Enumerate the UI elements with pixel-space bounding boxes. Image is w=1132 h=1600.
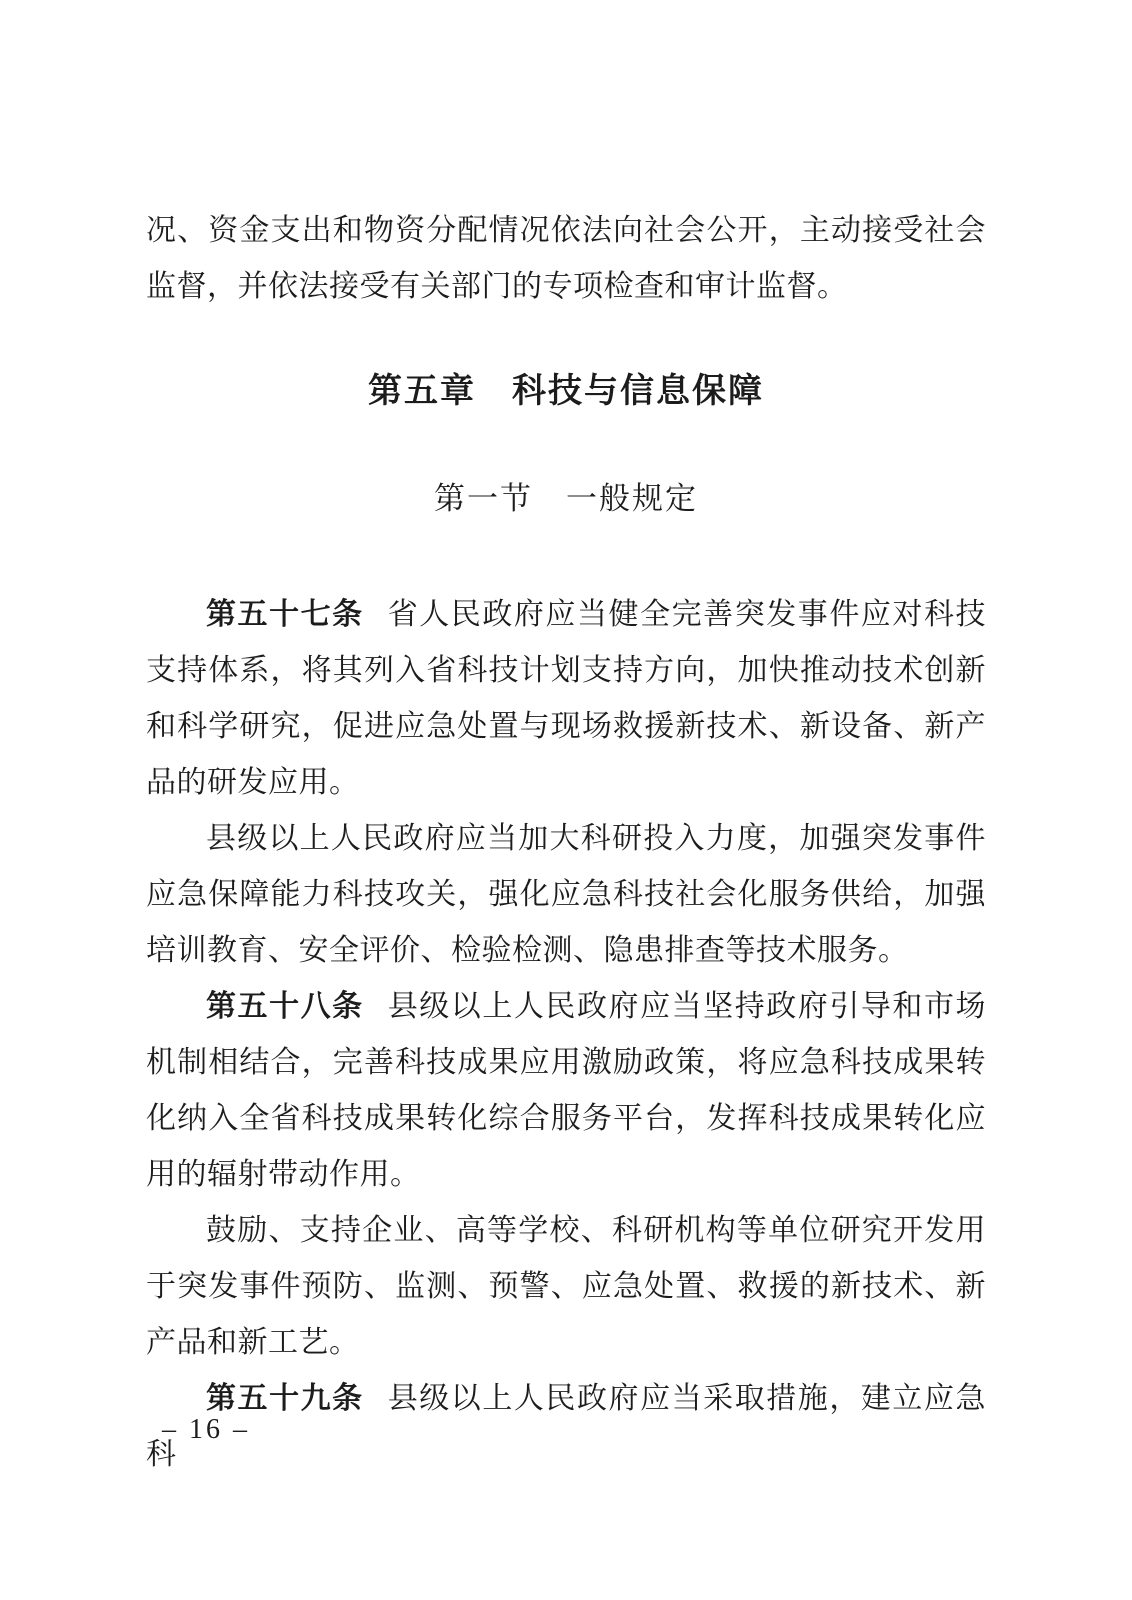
article-59-paragraph: 第五十九条县级以上人民政府应当采取措施，建立应急科: [146, 1371, 986, 1483]
section-heading: 第一节 一般规定: [146, 471, 986, 527]
paragraph-continuation: 况、资金支出和物资分配情况依法向社会公开，主动接受社会监督，并依法接受有关部门的…: [146, 203, 986, 315]
article-58-number: 第五十八条: [206, 990, 364, 1023]
article-57-paragraph-2: 县级以上人民政府应当加大科研投入力度，加强突发事件应急保障能力科技攻关，强化应急…: [146, 811, 986, 979]
article-58-paragraph-2: 鼓励、支持企业、高等学校、科研机构等单位研究开发用于突发事件预防、监测、预警、应…: [146, 1203, 986, 1371]
chapter-heading: 第五章 科技与信息保障: [146, 363, 986, 419]
article-58-paragraph: 第五十八条县级以上人民政府应当坚持政府引导和市场机制相结合，完善科技成果应用激励…: [146, 979, 986, 1203]
article-57-number: 第五十七条: [206, 598, 364, 631]
document-content: 况、资金支出和物资分配情况依法向社会公开，主动接受社会监督，并依法接受有关部门的…: [146, 203, 986, 1483]
article-57-paragraph: 第五十七条省人民政府应当健全完善突发事件应对科技支持体系，将其列入省科技计划支持…: [146, 587, 986, 811]
document-page: 况、资金支出和物资分配情况依法向社会公开，主动接受社会监督，并依法接受有关部门的…: [0, 0, 1132, 1600]
article-59-number: 第五十九条: [206, 1382, 364, 1415]
page-number: – 16 –: [162, 1412, 250, 1448]
